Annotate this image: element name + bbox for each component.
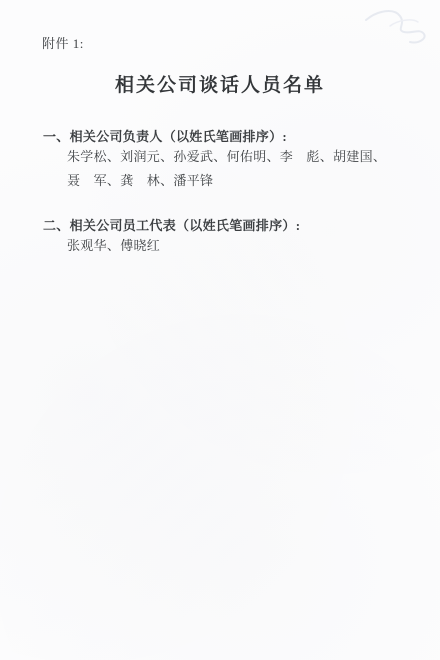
scan-artifact-squiggle (360, 6, 432, 50)
section-2-names-line-1: 张观华、傅晓红 (67, 234, 160, 258)
section-2-names: 张观华、傅晓红 (67, 234, 160, 258)
scanned-document-page: 附件 1: 相关公司谈话人员名单 一、相关公司负责人（以姓氏笔画排序）: 朱学松… (0, 0, 440, 660)
section-1-names: 朱学松、刘润元、孙爱武、何佑明、李 彪、胡建国、 聂 军、龚 林、潘平锋 (67, 145, 386, 192)
section-2-heading: 二、相关公司员工代表（以姓氏笔画排序）: (43, 215, 300, 234)
section-1-heading: 一、相关公司负责人（以姓氏笔画排序）: (43, 126, 287, 145)
attachment-label: 附件 1: (42, 33, 84, 52)
document-title: 相关公司谈话人员名单 (0, 70, 440, 97)
section-1-names-line-2: 聂 军、龚 林、潘平锋 (67, 169, 386, 193)
section-1-names-line-1: 朱学松、刘润元、孙爱武、何佑明、李 彪、胡建国、 (67, 145, 386, 169)
